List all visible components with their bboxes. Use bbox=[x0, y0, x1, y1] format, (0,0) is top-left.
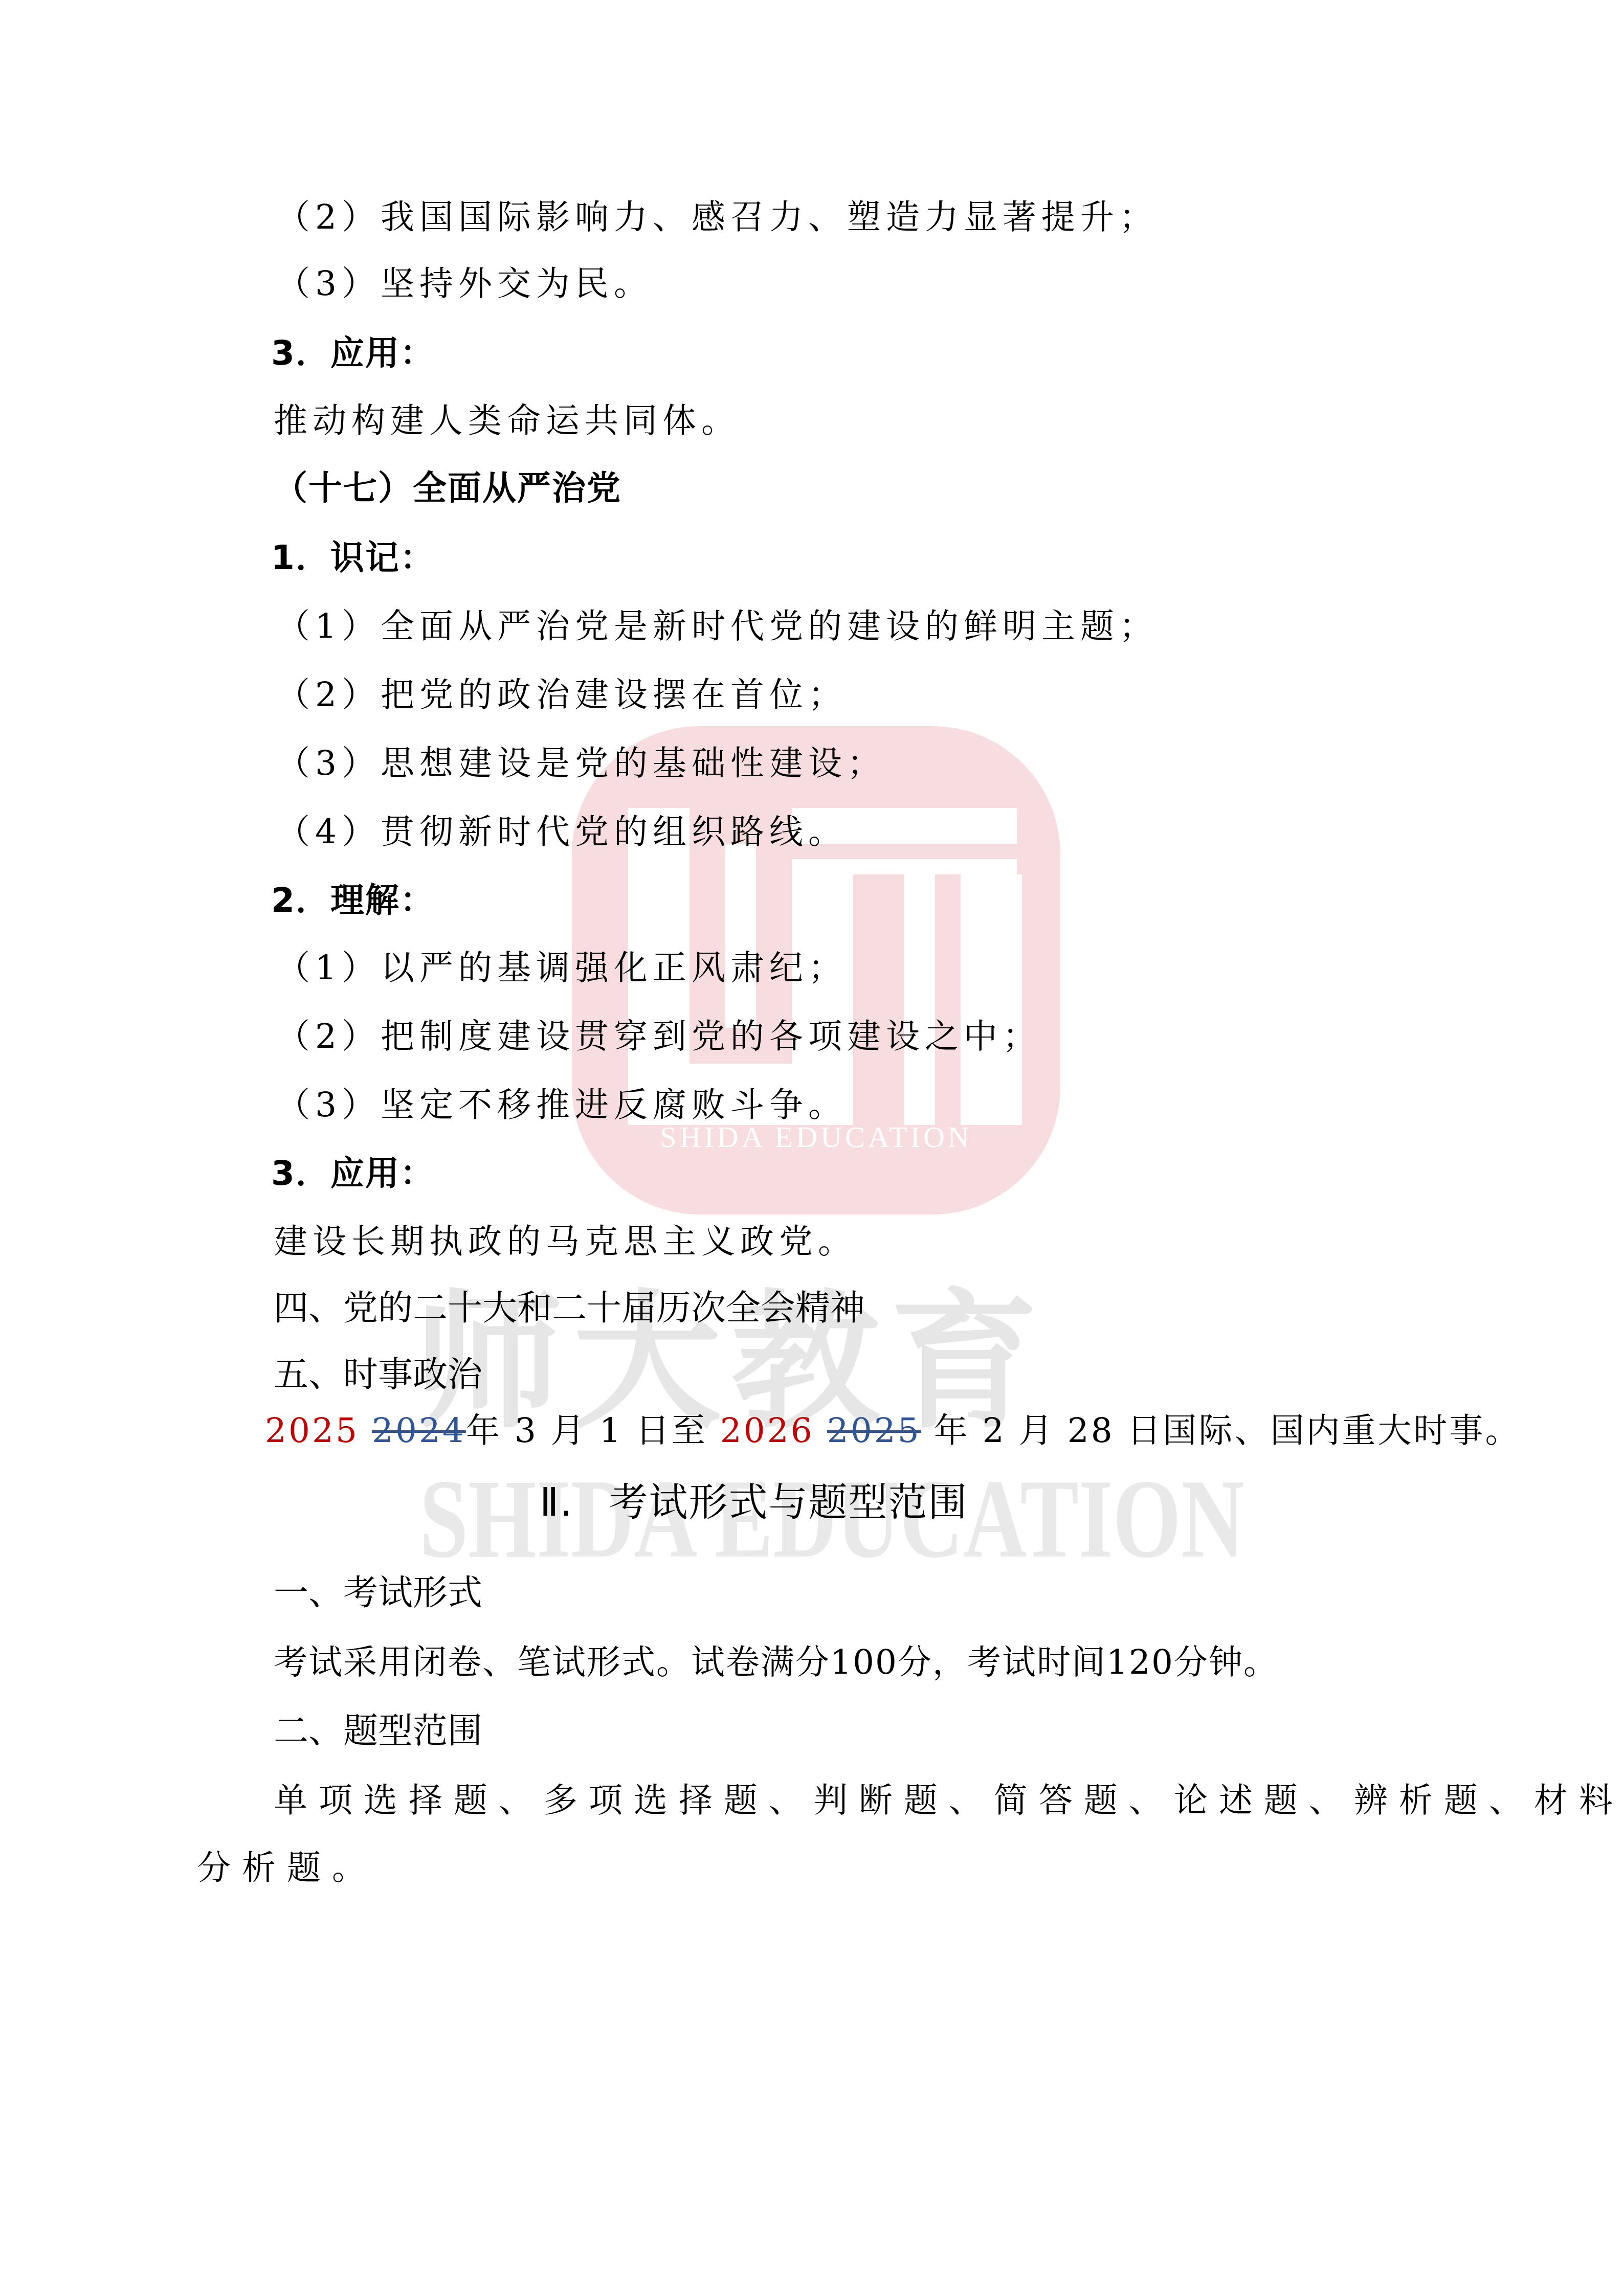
list-item: （3）思想建设是党的基础性建设； bbox=[276, 747, 886, 780]
section-heading: 五、时事政治 bbox=[274, 1358, 482, 1392]
chapter-title-text: 考试形式与题型范围 bbox=[609, 1479, 968, 1525]
paragraph: 分析题。 bbox=[197, 1851, 377, 1885]
date-range-line: 2025 2024年 3 月 1 日至 2026 2025 年 2 月 28 日… bbox=[265, 1414, 1521, 1448]
subheading-apply: 3．应用： bbox=[271, 336, 435, 370]
paragraph: 单项选择题、多项选择题、判断题、简答题、论述题、辨析题、材料 bbox=[274, 1784, 1624, 1817]
subheading-apply: 3．应用： bbox=[271, 1157, 435, 1190]
section-heading: 四、党的二十大和二十届历次全会精神 bbox=[274, 1291, 865, 1326]
chapter-title: Ⅱ.考试形式与题型范围 bbox=[540, 1483, 968, 1522]
inserted-year: 2025 bbox=[265, 1411, 359, 1450]
section-heading: 二、题型范围 bbox=[274, 1714, 482, 1749]
date-text: 年 2 月 28 日国际、国内重大时事。 bbox=[934, 1411, 1521, 1450]
subheading-understand: 2．理解： bbox=[271, 884, 435, 917]
list-item: （4）贯彻新时代党的组织路线。 bbox=[276, 815, 847, 849]
watermark-logo-text: SHIDA EDUCATION bbox=[572, 1120, 1060, 1154]
paragraph: 推动构建人类命运共同体。 bbox=[274, 404, 740, 438]
subheading-memorize: 1．识记： bbox=[271, 541, 435, 575]
chapter-number: Ⅱ. bbox=[540, 1479, 573, 1525]
paragraph: 建设长期执政的马克思主义政党。 bbox=[274, 1225, 857, 1258]
list-item: （2）我国国际影响力、感召力、塑造力显著提升； bbox=[276, 200, 1158, 234]
deleted-year: 2025 bbox=[827, 1411, 921, 1450]
section-heading: 一、考试形式 bbox=[274, 1576, 482, 1611]
deleted-year: 2024 bbox=[372, 1411, 466, 1450]
list-item: （3）坚定不移推进反腐败斗争。 bbox=[276, 1088, 847, 1122]
list-item: （3）坚持外交为民。 bbox=[276, 267, 653, 301]
list-item: （2）把党的政治建设摆在首位； bbox=[276, 678, 847, 712]
paragraph: 考试采用闭卷、笔试形式。试卷满分100分，考试时间120分钟。 bbox=[274, 1646, 1278, 1679]
date-text: 年 3 月 1 日至 bbox=[466, 1411, 707, 1450]
inserted-year: 2026 bbox=[720, 1411, 814, 1450]
list-item: （1）全面从严治党是新时代党的建设的鲜明主题； bbox=[276, 610, 1158, 643]
section-title: （十七）全面从严治党 bbox=[274, 471, 621, 505]
list-item: （2）把制度建设贯穿到党的各项建设之中； bbox=[276, 1020, 1041, 1053]
list-item: （1）以严的基调强化正风肃纪； bbox=[276, 951, 847, 985]
